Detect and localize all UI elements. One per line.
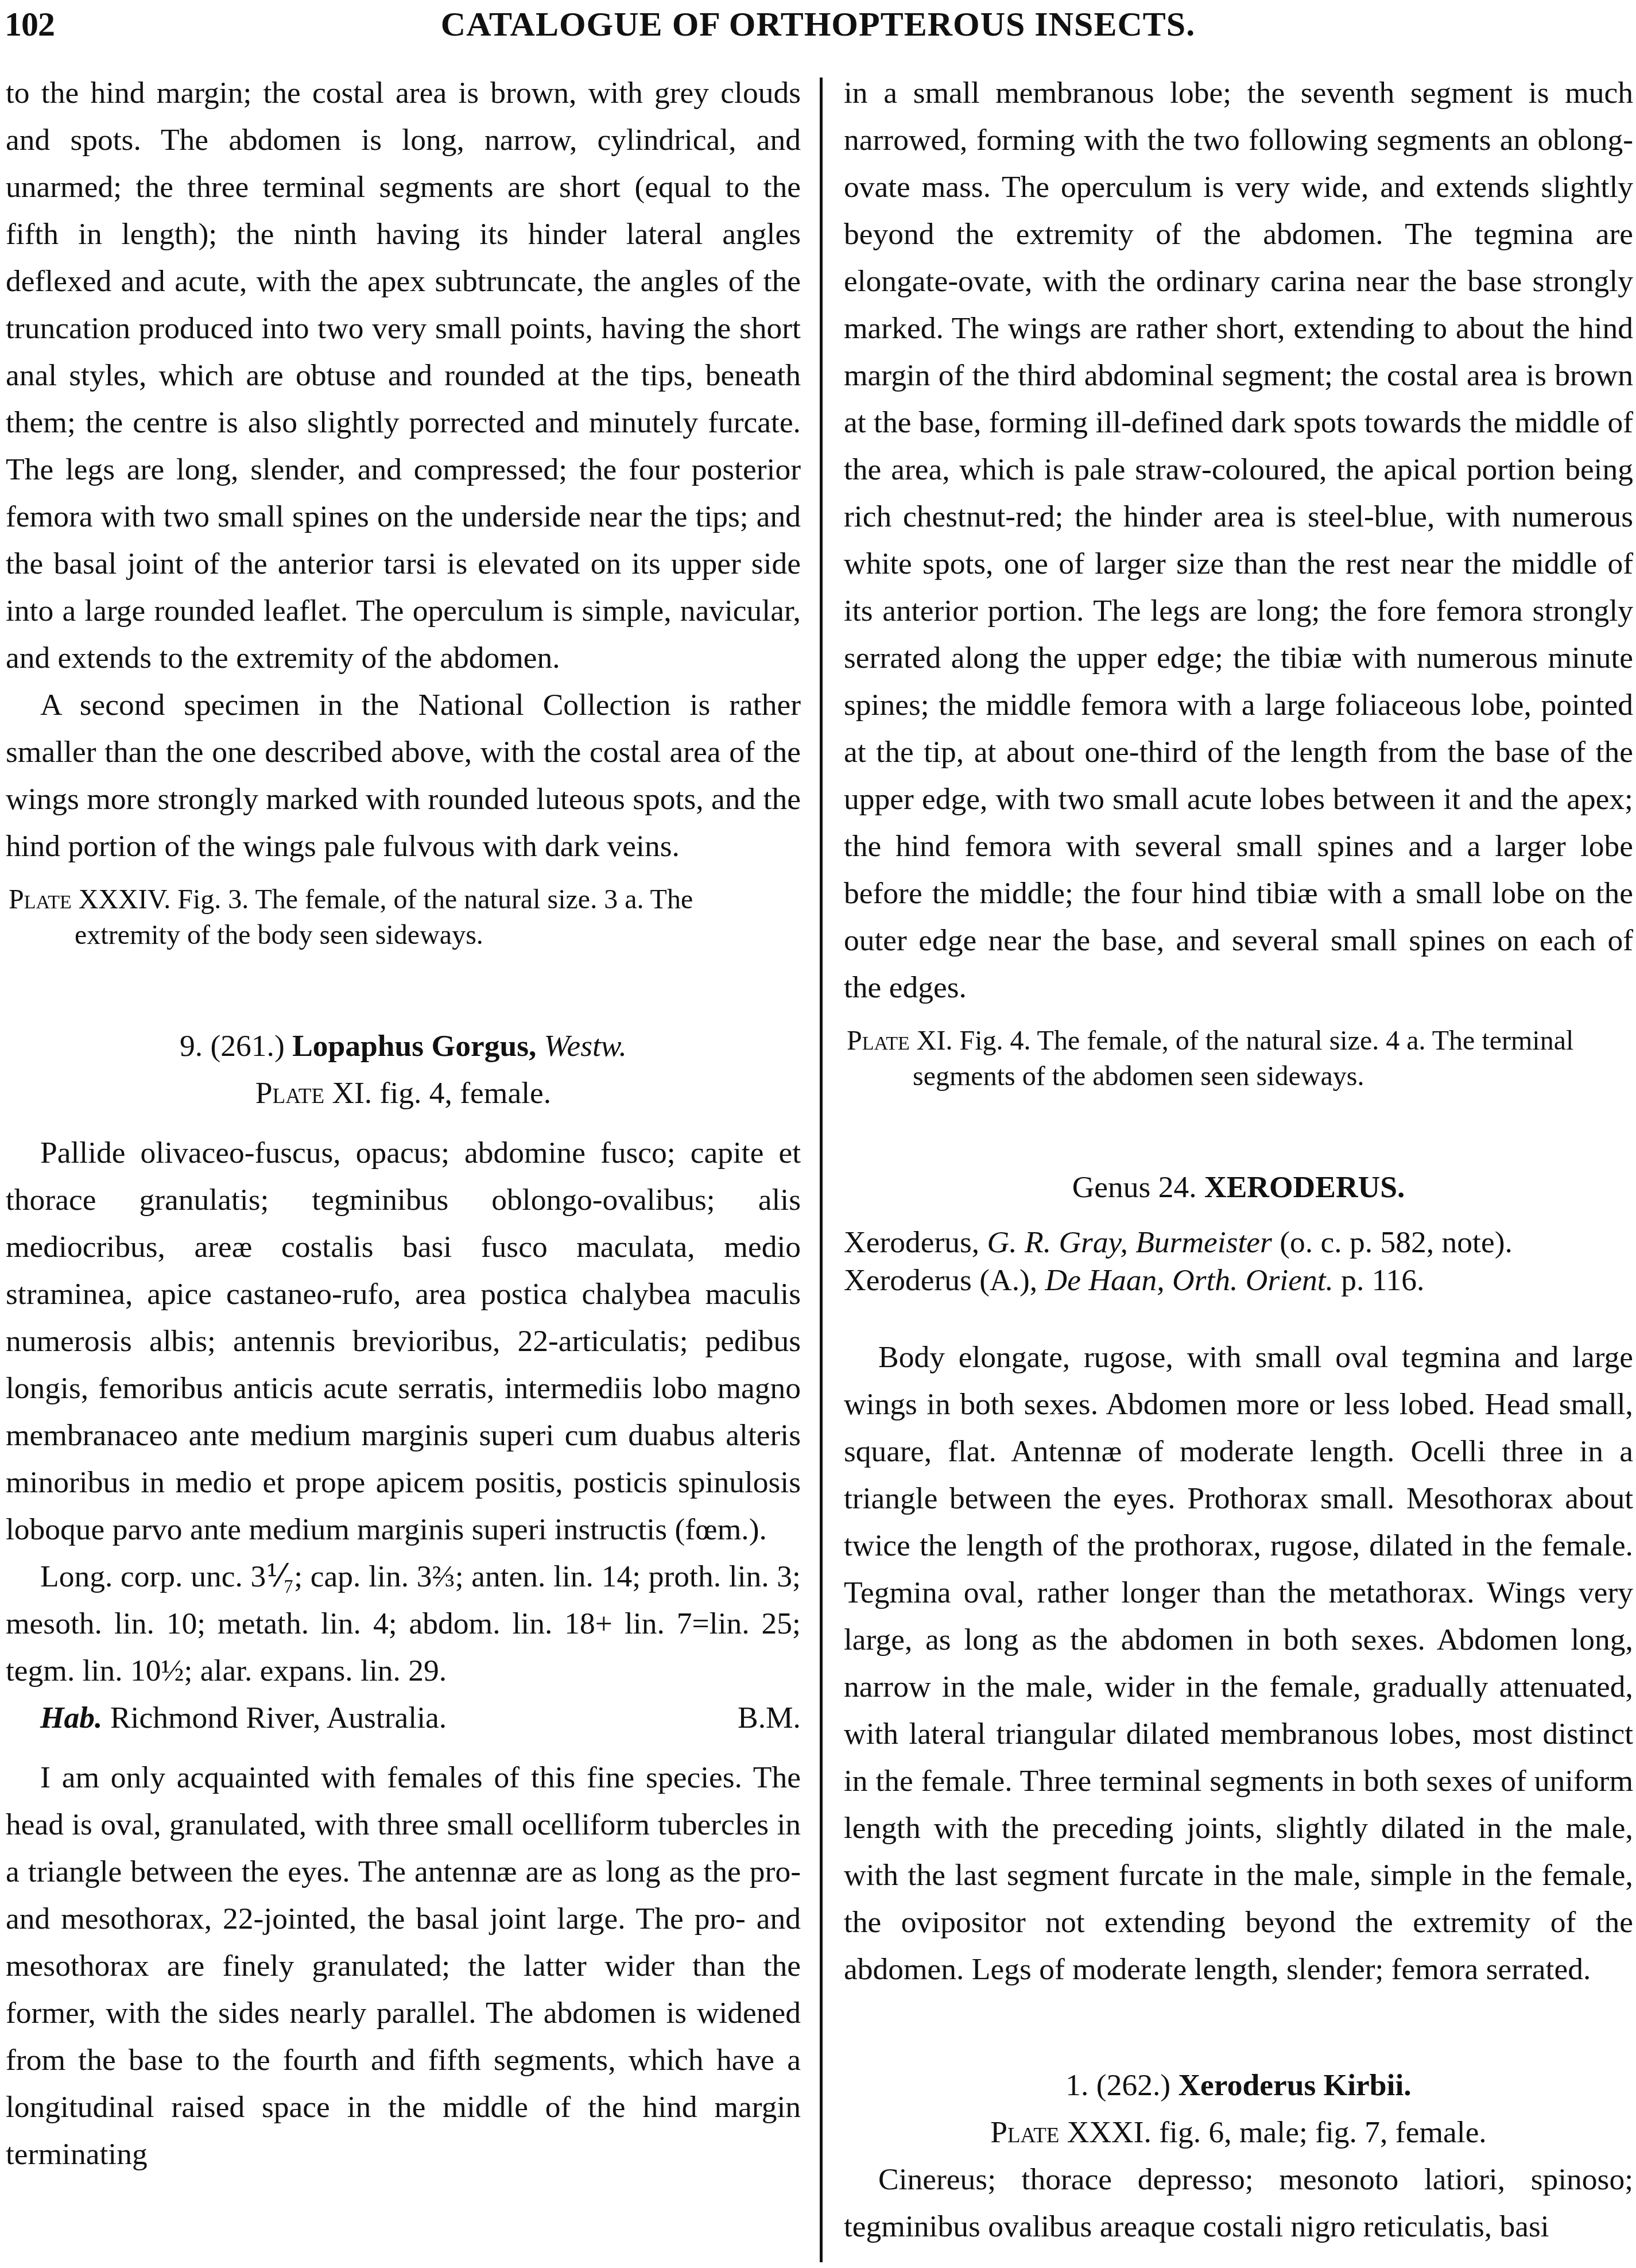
plate-label: Plate (990, 2115, 1059, 2149)
genus-description: Body elongate, rugose, with small oval t… (844, 1333, 1633, 1992)
species-authority: Westw. (544, 1028, 627, 1063)
plate-caption: Plate XXXIV. Fig. 3. The female, of the … (6, 882, 801, 953)
species-number: 1. (262.) (1065, 2068, 1170, 2102)
habitat-row: Hab. Richmond River, Australia. B.M. (6, 1694, 801, 1741)
paragraph: to the hind margin; the costal area is b… (6, 69, 801, 681)
species-name: Xeroderus Kirbii. (1178, 2068, 1411, 2102)
plate-text: XXXI. fig. 6, male; fig. 7, female. (1067, 2115, 1487, 2149)
running-title: CATALOGUE OF ORTHOPTEROUS INSECTS. (0, 5, 1636, 44)
species-number: 9. (261.) (180, 1028, 285, 1063)
latin-description: Pallide olivaceo-fuscus, opacus; abdomin… (6, 1129, 801, 1553)
paragraph: A second specimen in the National Collec… (6, 681, 801, 869)
right-column: in a small membranous lobe; the seventh … (844, 69, 1633, 2250)
plate-caption: Plate XI. Fig. 4. The female, of the nat… (844, 1023, 1633, 1094)
genus-heading: Genus 24. XERODERUS. (844, 1163, 1633, 1210)
plate-text: XI. fig. 4, female. (332, 1075, 551, 1110)
species-name: Lopaphus Gorgus, (292, 1028, 536, 1063)
species-heading: 9. (261.) Lopaphus Gorgus, Westw. (6, 1022, 801, 1069)
plate-reference: Plate XXXI. fig. 6, male; fig. 7, female… (844, 2108, 1633, 2155)
page-header: 102 CATALOGUE OF ORTHOPTEROUS INSECTS. (0, 0, 1636, 63)
synonymy-line: Xeroderus, G. R. Gray, Burmeister (o. c.… (844, 1223, 1633, 1261)
habitat-label: Hab. (40, 1700, 103, 1735)
collection-code: B.M. (738, 1694, 801, 1741)
caption-text: Fig. 4. The female, of the natural size.… (913, 1025, 1573, 1092)
synonymy-line: Xeroderus (A.), De Haan, Orth. Orient. p… (844, 1261, 1633, 1299)
genus-prefix: Genus 24. (1072, 1170, 1197, 1204)
plate-reference: Plate XI. fig. 4, female. (6, 1069, 801, 1116)
left-column: to the hind margin; the costal area is b… (6, 69, 801, 2177)
latin-description: Cinereus; thorace depresso; mesonoto lat… (844, 2155, 1633, 2250)
caption-plate: Plate XI. (847, 1025, 952, 1056)
species-heading: 1. (262.) Xeroderus Kirbii. (844, 2061, 1633, 2108)
caption-plate: Plate XXXIV. (9, 884, 170, 915)
paragraph: I am only acquainted with females of thi… (6, 1754, 801, 2177)
genus-name: XERODERUS. (1204, 1170, 1405, 1204)
measurements: Long. corp. unc. 3⅟₇; cap. lin. 3⅔; ante… (6, 1553, 801, 1694)
column-divider (820, 78, 823, 2262)
plate-label: Plate (255, 1075, 324, 1110)
paragraph: in a small membranous lobe; the seventh … (844, 69, 1633, 1011)
habitat-locality: Richmond River, Australia. (110, 1700, 447, 1735)
